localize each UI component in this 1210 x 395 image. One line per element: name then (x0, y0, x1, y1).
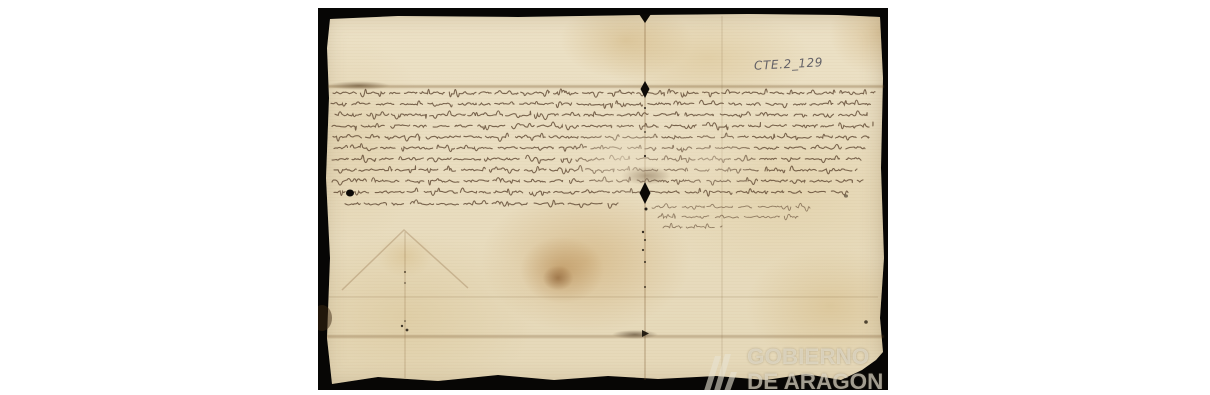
watermark-line2: DE ARAGON (747, 369, 883, 390)
right-crease-mark (844, 194, 848, 197)
center-crease-kite-mark (641, 81, 650, 98)
speck (404, 271, 406, 273)
center-crease-diamond-mark (640, 182, 651, 204)
crease-arrow-mark (642, 330, 649, 337)
top-edge-notch (639, 14, 651, 23)
speck (864, 320, 868, 324)
crease-dot (644, 131, 646, 133)
gobierno-de-aragon-logo-icon (701, 346, 743, 390)
crease-dot (644, 261, 646, 263)
diagonal-crease (342, 230, 468, 290)
speck (404, 320, 406, 322)
left-ink-blot (346, 190, 354, 197)
crease-dot (645, 208, 648, 211)
watermark: GOBIERNO DE ARAGON (701, 336, 888, 390)
crease-dot (642, 231, 644, 233)
crease-dot (644, 107, 646, 109)
speck (406, 329, 409, 332)
crease-dot (644, 155, 646, 157)
speck (401, 325, 403, 327)
crease-dot (644, 239, 646, 241)
speck (404, 282, 406, 284)
crease-dot (644, 286, 646, 288)
watermark-line1: GOBIERNO (747, 344, 883, 369)
crease-dot (642, 249, 644, 251)
left-edge-stain (318, 305, 332, 331)
scan-area: CTE.2_129 GOBIERNO DE ARAGON (318, 8, 888, 390)
watermark-text: GOBIERNO DE ARAGON (747, 344, 881, 390)
